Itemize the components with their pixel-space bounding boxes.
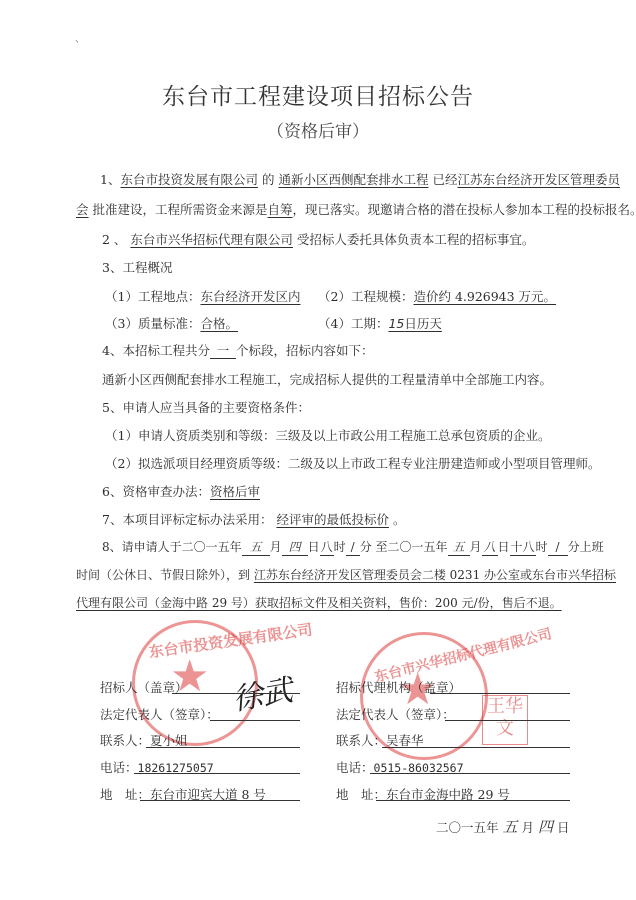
para-3-heading: 3、工程概况	[102, 258, 172, 276]
para-8-line-2: 时间（公休日、节假日除外），到 江苏东台经济开发区管理委员会二楼 0231 办公…	[76, 566, 616, 583]
quality-standard: （3）质量标准：合格。	[105, 314, 238, 332]
document-date: 二〇一五年 五 月 四 日	[436, 816, 570, 837]
para-6: 6、资格审查办法：资格后审	[102, 482, 260, 500]
handwritten-signature: 徐武	[229, 665, 296, 719]
para-1-line-1: 1、东台市投资发展有限公司 的 通新小区西侧配套排水工程 已经江苏东台经济开发区…	[100, 170, 620, 188]
corner-mark: 、	[75, 30, 85, 45]
handwritten-duration: 15	[388, 316, 404, 331]
project-name: 通新小区西侧配套排水工程	[278, 172, 428, 187]
pickup-location: 江苏东台经济开发区管理委员会二楼 0231 办公室或东台市兴华招标	[254, 568, 616, 582]
para-8-line-3: 代理有限公司（金海中路 29 号）获取招标文件及相关资料，售价：200 元/份，…	[76, 594, 562, 611]
tenderer-name: 东台市投资发展有限公司	[120, 172, 258, 187]
para-2: 2 、 东台市兴华招标代理有限公司 受招标人委托具体负责本工程的招标事宜。	[102, 230, 534, 248]
document-title: 东台市工程建设项目招标公告	[0, 78, 636, 111]
project-scale: （2）工程规模：造价约 4.926943 万元。	[318, 287, 556, 305]
agent-name: 东台市兴华招标代理有限公司	[130, 232, 293, 247]
para-5-heading: 5、申请人应当具备的主要资格条件：	[102, 398, 310, 416]
approver-name: 江苏东台经济开发区管理委员	[457, 172, 620, 187]
para-4: 4、本招标工程共分一个标段，招标内容如下：	[102, 341, 373, 359]
tender-content: 通新小区西侧配套排水工程施工，完成招标人提供的工程量清单中全部施工内容。	[102, 370, 552, 388]
fund-source: 自筹	[268, 202, 293, 217]
document-subtitle: （资格后审）	[0, 117, 636, 142]
qualification-2: （2）拟选派项目经理资质等级：二级及以上市政工程专业注册建造师或小型项目管理师。	[105, 454, 600, 472]
para-1-line-2: 会 批准建设，工程所需资金来源是自筹，现已落实。现邀请合格的潜在投标人参加本工程…	[76, 200, 636, 218]
qualification-1: （1）申请人资质类别和等级：三级及以上市政公用工程施工总承包资质的企业。	[105, 426, 550, 444]
tenderer-legal-rep-label: 法定代表人（签章）：	[100, 705, 219, 723]
agent-legal-rep-label: 法定代表人（签章）：	[336, 705, 455, 723]
para-7: 7、本项目评标定标办法采用： 经评审的最低投标价 。	[102, 510, 405, 528]
project-location: （1）工程地点：东台经济开发区内	[105, 287, 300, 305]
para-8-line-1: 8、请申请人于二〇一五年五月四日八时/分 至二〇一五年五月八日十八时/分上班	[102, 538, 604, 556]
construction-period: （4）工期：15日历天	[318, 314, 442, 332]
